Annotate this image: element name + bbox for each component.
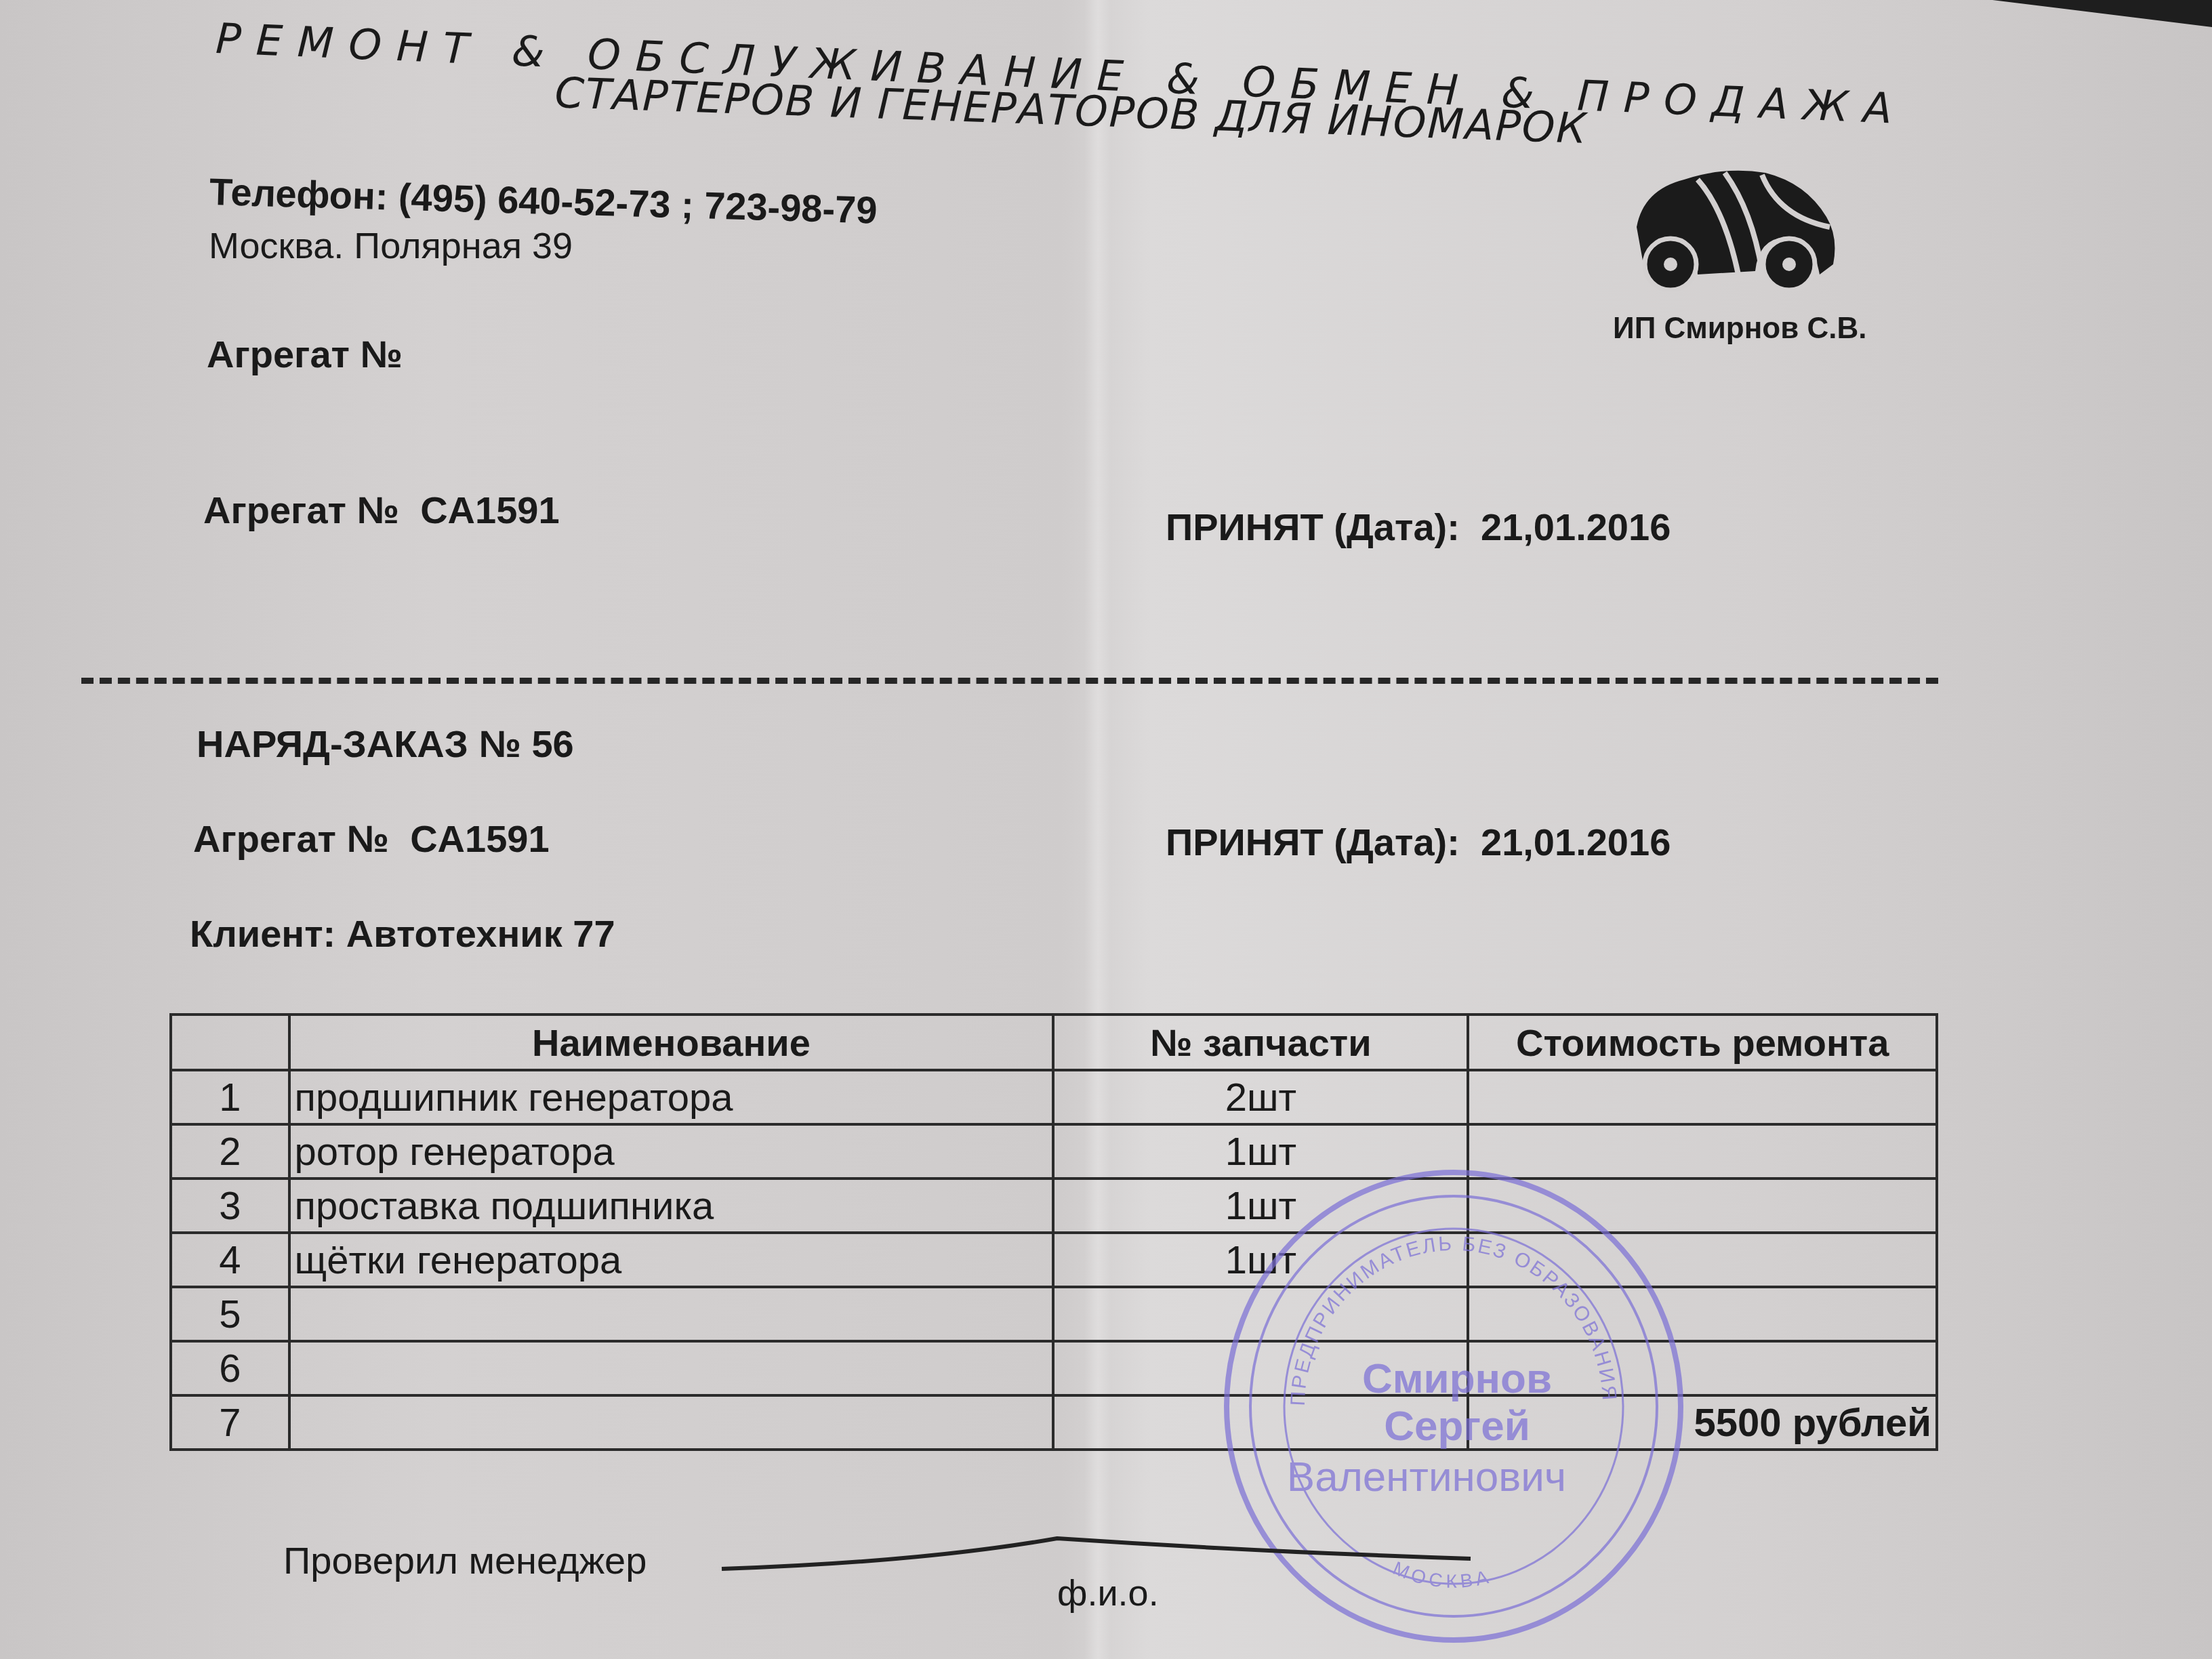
row-name: щётки генератора (289, 1233, 1054, 1287)
header-part: № запчасти (1053, 1015, 1468, 1070)
seal-stamp: ПРЕДПРИНИМАТЕЛЬ БЕЗ ОБРАЗОВАНИЯ ЮРИДИЧЕС… (1216, 1162, 1691, 1650)
row-name (289, 1341, 1054, 1395)
order-title: НАРЯД-ЗАКАЗ № 56 (197, 722, 574, 766)
receipt-accepted-date: 21,01.2016 (1481, 506, 1671, 548)
receipt-accepted-label: ПРИНЯТ (Дата): (1166, 506, 1460, 548)
table-header-row: Наименование № запчасти Стоимость ремонт… (171, 1015, 1937, 1070)
stamp-name-2: Сергей (1384, 1403, 1530, 1450)
tear-line (81, 678, 1938, 684)
row-num: 4 (171, 1233, 289, 1287)
stamp-name-3: Валентинович (1287, 1454, 1566, 1500)
row-num: 5 (171, 1287, 289, 1341)
row-name (289, 1287, 1054, 1341)
order-unit: Агрегат № CA1591 (193, 817, 550, 861)
client-label: Клиент: (190, 912, 335, 955)
header-name: Наименование (289, 1015, 1054, 1070)
order-accepted: ПРИНЯТ (Дата): 21,01.2016 (1166, 820, 1671, 864)
fio-label: ф.и.о. (1057, 1572, 1159, 1614)
car-logo-icon (1623, 163, 1853, 291)
row-num: 1 (171, 1070, 289, 1124)
address: Москва. Полярная 39 (209, 225, 573, 267)
order-unit-number: CA1591 (410, 817, 549, 860)
header-cost: Стоимость ремонта (1468, 1015, 1937, 1070)
receipt-unit-label: Агрегат № (203, 489, 399, 531)
client-name: Автотехник 77 (346, 912, 615, 955)
row-part: 2шт (1053, 1070, 1468, 1124)
client: Клиент: Автотехник 77 (190, 912, 615, 956)
row-name: ротор генератора (289, 1124, 1054, 1179)
stamp-name-1: Смирнов (1362, 1355, 1552, 1402)
unit-label-empty: Агрегат № (207, 332, 403, 376)
row-name: проставка подшипника (289, 1179, 1054, 1233)
receipt-accepted: ПРИНЯТ (Дата): 21,01.2016 (1166, 505, 1671, 549)
checked-by-label: Проверил менеджер (283, 1538, 647, 1582)
row-num: 7 (171, 1395, 289, 1450)
row-num: 6 (171, 1341, 289, 1395)
receipt-unit: Агрегат № CA1591 (203, 488, 560, 532)
signature-line[interactable] (718, 1532, 1477, 1572)
row-name: продшипник генератора (289, 1070, 1054, 1124)
row-num: 2 (171, 1124, 289, 1179)
order-unit-label: Агрегат № (193, 817, 389, 860)
row-cost (1468, 1070, 1937, 1124)
table-row: 1 продшипник генератора 2шт (171, 1070, 1937, 1124)
order-accepted-label: ПРИНЯТ (Дата): (1166, 821, 1460, 863)
header-num (171, 1015, 289, 1070)
row-num: 3 (171, 1179, 289, 1233)
order-accepted-date: 21,01.2016 (1481, 821, 1671, 863)
receipt-unit-number: CA1591 (420, 489, 559, 531)
company-name: ИП Смирнов С.В. (1613, 312, 1866, 346)
row-name (289, 1395, 1054, 1450)
